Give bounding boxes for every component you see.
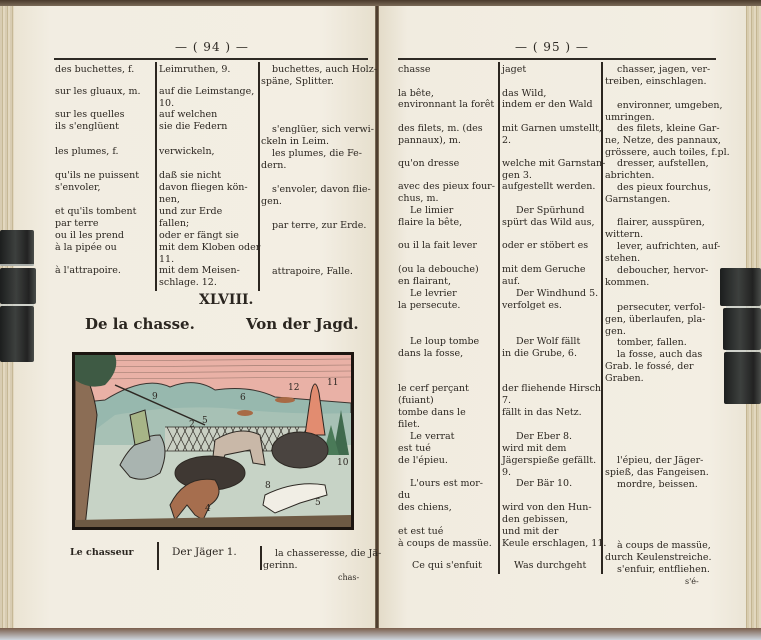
note-cell: dresser, aufstellen, (617, 158, 709, 170)
de-cell: auf welchen (159, 109, 217, 121)
fr-cell: flaire la bête, (398, 217, 462, 229)
fr-cell: filet. (398, 419, 420, 431)
svg-text:9: 9 (152, 392, 158, 402)
note-cell: Grab. le fossé, der (605, 361, 694, 373)
note-cell: s'englüer, sich verwi- (272, 124, 374, 136)
de-cell: Jägerspieße gefällt. (502, 455, 596, 467)
fr-cell: tombe dans le (398, 407, 466, 419)
svg-text:8: 8 (265, 481, 271, 491)
fr-cell: Ce qui s'enfuit (412, 560, 482, 572)
note-cell: persecuter, verfol- (617, 302, 705, 314)
de-cell: daß sie nicht (159, 170, 221, 182)
note-cell: wittern. (605, 229, 643, 241)
column-divider (258, 62, 260, 291)
column-divider (601, 62, 603, 574)
woodcut-artwork: 9612 1152 1084 5 (75, 355, 351, 527)
fr-cell: chasse (398, 64, 430, 76)
fr-cell: Le limier (410, 205, 453, 217)
header-rule-right (398, 58, 716, 60)
fr-cell: des chiens, (398, 502, 452, 514)
note-cell: l'épieu, der Jäger- (617, 455, 703, 467)
note-cell: environner, umgeben, (617, 100, 722, 112)
fr-cell: Le levrier (410, 288, 457, 300)
fr-cell: Le loup tombe (410, 336, 479, 348)
fr-cell: en flairant, (398, 276, 451, 288)
de-cell: fällt in das Netz. (502, 407, 582, 419)
de-cell: und mit der (502, 526, 558, 538)
svg-text:10: 10 (337, 458, 349, 468)
de-cell: Der Spürhund (516, 205, 585, 217)
fr-cell: Le verrat (410, 431, 455, 443)
note-cell: s'envoler, davon flie- (272, 184, 371, 196)
note-cell: la fosse, auch das (617, 349, 702, 361)
hunting-scene-illustration: 9612 1152 1084 5 (72, 352, 354, 530)
catchword-right: s'é- (685, 576, 699, 588)
fr-cell: sur les quelles (55, 109, 125, 121)
note-cell: à coups de massüe, (617, 540, 711, 552)
note-cell: ne, Netze, des pannaux, (605, 135, 721, 147)
de-cell: 2. (502, 135, 511, 147)
note-cell: les plumes, die Fe- (272, 148, 362, 160)
de-cell: Der Wolf fällt (516, 336, 580, 348)
fr-cell: et est tué (398, 526, 443, 538)
fr-cell: (ou la debouche) (398, 264, 479, 276)
de-cell: auf. (502, 276, 520, 288)
de-cell: wird mit dem (502, 443, 566, 455)
note-cell: mordre, beissen. (617, 479, 698, 491)
svg-text:11: 11 (327, 378, 338, 388)
note-cell: Garnstangen. (605, 194, 670, 206)
de-cell: welche mit Garnstan- (502, 158, 605, 170)
column-divider (157, 542, 159, 570)
fr-cell: environnant la forêt (398, 99, 494, 111)
de-cell: sie die Federn (159, 121, 227, 133)
de-cell: Der Bär 10. (516, 478, 572, 490)
fr-cell: qu'on dresse (398, 158, 459, 170)
fr-cell: ou il les prend (55, 230, 124, 242)
fr-cell: (fuiant) (398, 395, 434, 407)
page-number-right: — ( 95 ) — (515, 40, 589, 54)
column-divider (155, 62, 157, 291)
chapter-title-french: De la chasse. (85, 315, 195, 333)
note-cell: chasser, jagen, ver- (617, 64, 710, 76)
note-cell: gen, überlaufen, pla- (605, 314, 705, 326)
svg-text:2: 2 (189, 420, 195, 430)
de-cell: verwickeln, (159, 146, 215, 158)
note-cell: späne, Splitter. (261, 76, 334, 88)
note-cell: s'enfuir, entfliehen. (617, 564, 710, 576)
note-cell: stehen. (605, 253, 640, 265)
column-divider (498, 62, 500, 574)
de-cell: Der Jäger 1. (172, 547, 237, 559)
de-cell: spürt das Wild aus, (502, 217, 595, 229)
note-cell: flairer, ausspüren, (617, 217, 705, 229)
de-cell: fallen; (159, 218, 189, 230)
fr-cell: des buchettes, f. (55, 64, 134, 76)
de-cell: Leimruthen, 9. (159, 64, 230, 76)
de-cell: Der Windhund 5. (516, 288, 598, 300)
note-cell: des filets, kleine Gar- (617, 123, 720, 135)
de-cell: mit Garnen umstellt, (502, 123, 602, 135)
de-cell: Der Eber 8. (516, 431, 572, 443)
note-cell: buchettes, auch Holz- (272, 64, 377, 76)
fr-cell: ils s'englüent (55, 121, 119, 133)
fr-cell: chus, m. (398, 193, 439, 205)
svg-text:12: 12 (288, 383, 299, 393)
note-cell: durch Keulenstreiche. (605, 552, 712, 564)
de-cell: der fliehende Hirsch (502, 383, 601, 395)
de-cell: schlage. 12. (159, 277, 217, 289)
fr-cell: le cerf perçant (398, 383, 469, 395)
fr-cell: de l'épieu. (398, 455, 448, 467)
fr-cell: la persecute. (398, 300, 460, 312)
fr-cell: la bête, (398, 88, 434, 100)
de-cell: 11. (159, 254, 174, 266)
de-cell: auf die Leimstange, (159, 86, 254, 98)
de-cell: nen, (159, 194, 180, 206)
fr-cell: pannaux), m. (398, 135, 461, 147)
fr-cell: des filets, m. (des (398, 123, 483, 135)
note-cell: gen. (261, 196, 282, 208)
de-cell: indem er den Wald (502, 99, 593, 111)
de-cell: 10. (159, 98, 174, 110)
note-cell: deboucher, hervor- (617, 265, 708, 277)
note-cell: spieß, das Fangeisen. (605, 467, 709, 479)
catchword-left: chas- (338, 572, 359, 584)
de-cell: oder er stöbert es (502, 240, 588, 252)
note-cell: tomber, fallen. (617, 337, 687, 349)
de-cell: 9. (502, 467, 511, 479)
fr-cell: L'ours est mor- (410, 478, 483, 490)
de-cell: mit dem Geruche (502, 264, 586, 276)
fr-cell: avec des pieux four- (398, 181, 495, 193)
de-cell: aufgestellt werden. (502, 181, 595, 193)
de-cell: in die Grube, 6. (502, 348, 577, 360)
book-gutter (375, 6, 379, 628)
fr-cell: dans la fosse, (398, 348, 463, 360)
de-cell: mit dem Meisen- (159, 265, 240, 277)
note-cell: des pieux fourchus, (617, 182, 711, 194)
note-cell: umringen. (605, 112, 655, 124)
fr-cell: et qu'ils tombent (55, 206, 136, 218)
note-cell: treiben, einschlagen. (605, 76, 707, 88)
chapter-number: XLVIII. (199, 292, 253, 308)
note-cell: abrichten. (605, 170, 654, 182)
de-cell: 7. (502, 395, 511, 407)
de-cell: Was durchgeht (514, 560, 586, 572)
de-cell: mit dem Kloben oder (159, 242, 260, 254)
fr-cell: sur les gluaux, m. (55, 86, 141, 98)
fr-cell: qu'ils ne puissent (55, 170, 139, 182)
book-cover-bottom-edge (0, 628, 761, 640)
note-cell: par terre, zur Erde. (272, 220, 366, 232)
de-cell: Keule erschlagen, 11. (502, 538, 606, 550)
note-cell: lever, aufrichten, auf- (617, 241, 720, 253)
de-cell: verfolget es. (502, 300, 562, 312)
fr-cell: à coups de massüe. (398, 538, 492, 550)
book-spread: — ( 94 ) — des buchettes, f. sur les glu… (0, 0, 761, 640)
fr-cell: du (398, 490, 410, 502)
note-cell: kommen. (605, 277, 649, 289)
de-cell: oder er fängt sie (159, 230, 239, 242)
note-cell: ckeln in Leim. (261, 136, 329, 148)
note-cell: attrapoire, Falle. (272, 266, 353, 278)
svg-text:6: 6 (240, 393, 246, 403)
de-cell: davon fliegen kön- (159, 182, 248, 194)
de-cell: gen 3. (502, 170, 532, 182)
de-cell: wird von den Hun- (502, 502, 592, 514)
note-cell: la chasseresse, die Jä- (275, 548, 381, 560)
svg-text:4: 4 (205, 504, 211, 514)
chapter-title-german: Von der Jagd. (246, 315, 359, 333)
fr-cell: à la pipée ou (55, 242, 117, 254)
fr-cell: est tué (398, 443, 431, 455)
fr-cell: Le chasseur (70, 547, 134, 559)
svg-text:5: 5 (315, 498, 321, 508)
de-cell: den gebissen, (502, 514, 568, 526)
fr-cell: s'envoler, (55, 182, 101, 194)
note-cell: gen. (605, 326, 626, 338)
page-number-left: — ( 94 ) — (175, 40, 249, 54)
fr-cell: les plumes, f. (55, 146, 119, 158)
header-rule-left (54, 58, 368, 60)
note-cell: grössere, auch toiles, f.pl. (605, 147, 730, 159)
fr-cell: ou il la fait lever (398, 240, 477, 252)
de-cell: und zur Erde (159, 206, 222, 218)
fr-cell: à l'attrapoire. (55, 265, 121, 277)
note-cell: gerinn. (263, 560, 298, 572)
fr-cell: par terre (55, 218, 98, 230)
svg-text:5: 5 (202, 416, 208, 426)
note-cell: Graben. (605, 373, 644, 385)
de-cell: jaget (502, 64, 526, 76)
note-cell: dern. (261, 160, 286, 172)
de-cell: das Wild, (502, 88, 546, 100)
column-divider (260, 546, 262, 570)
